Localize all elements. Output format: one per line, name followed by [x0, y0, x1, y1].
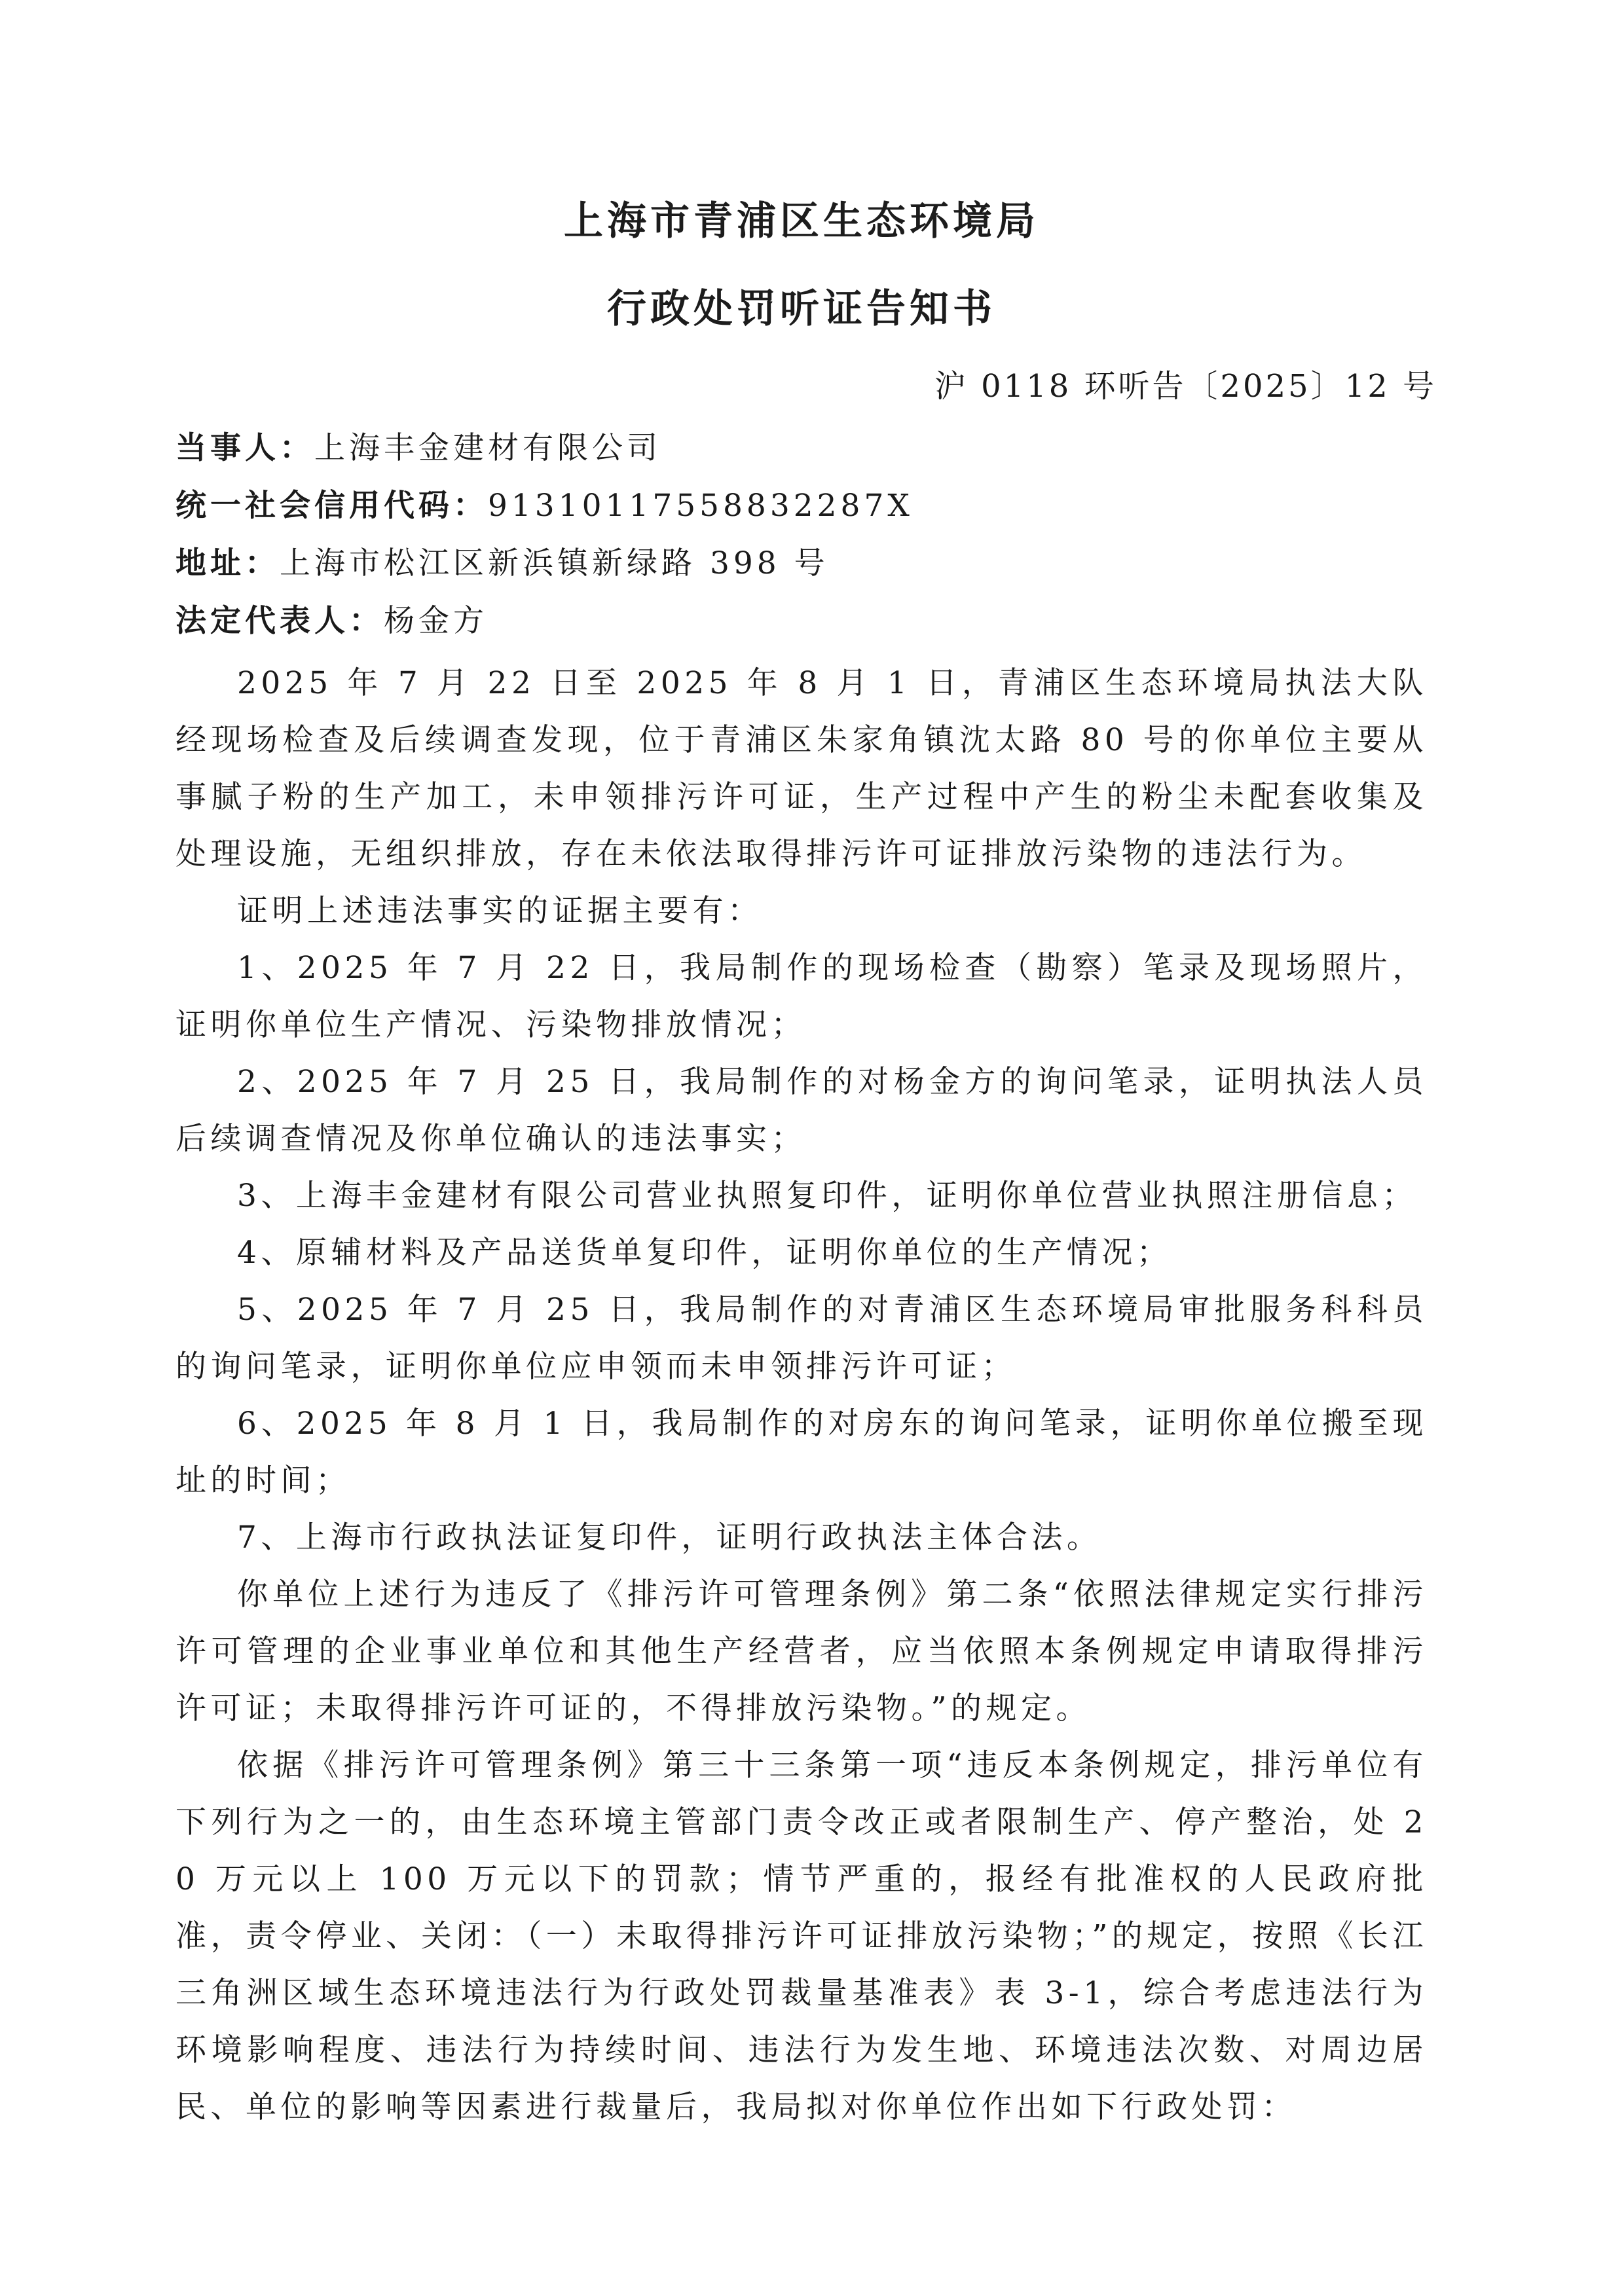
evidence-item: 3、上海丰金建材有限公司营业执照复印件，证明你单位营业执照注册信息； — [175, 1167, 1428, 1224]
credit-code-value: 91310117558832287X — [488, 488, 913, 524]
legal-representative-label: 法定代表人： — [175, 603, 384, 639]
document-type-title: 行政处罚听证告知书 — [175, 283, 1428, 335]
evidence-item: 2、2025 年 7 月 25 日，我局制作的对杨金方的询问笔录，证明执法人员后… — [175, 1053, 1428, 1167]
party-value: 上海丰金建材有限公司 — [314, 430, 661, 466]
agency-title: 上海市青浦区生态环境局 — [175, 195, 1428, 247]
evidence-item: 7、上海市行政执法证复印件，证明行政执法主体合法。 — [175, 1509, 1428, 1566]
violation-paragraph: 你单位上述行为违反了《排污许可管理条例》第二条“依照法律规定实行排污许可管理的企… — [175, 1566, 1428, 1737]
document-number: 沪 0118 环听告〔2025〕12 号 — [934, 363, 1437, 409]
legal-basis-paragraph: 依据《排污许可管理条例》第三十三条第一项“违反本条例规定，排污单位有下列行为之一… — [175, 1737, 1428, 2136]
facts-paragraph: 2025 年 7 月 22 日至 2025 年 8 月 1 日，青浦区生态环境局… — [175, 655, 1428, 883]
notice-body: 2025 年 7 月 22 日至 2025 年 8 月 1 日，青浦区生态环境局… — [175, 655, 1428, 2136]
address-label: 地址： — [175, 545, 280, 581]
credit-code-label: 统一社会信用代码： — [175, 488, 488, 524]
evidence-intro: 证明上述违法事实的证据主要有： — [175, 883, 1428, 939]
evidence-item: 5、2025 年 7 月 25 日，我局制作的对青浦区生态环境局审批服务科科员的… — [175, 1281, 1428, 1395]
party-label: 当事人： — [175, 430, 314, 466]
credit-code-field: 统一社会信用代码：91310117558832287X — [175, 483, 913, 529]
evidence-item: 4、原辅材料及产品送货单复印件，证明你单位的生产情况； — [175, 1224, 1428, 1281]
legal-representative-field: 法定代表人：杨金方 — [175, 598, 488, 644]
evidence-item: 6、2025 年 8 月 1 日，我局制作的对房东的询问笔录，证明你单位搬至现址… — [175, 1395, 1428, 1509]
party-field: 当事人：上海丰金建材有限公司 — [175, 426, 661, 471]
address-field: 地址：上海市松江区新浜镇新绿路 398 号 — [175, 541, 829, 587]
legal-representative-value: 杨金方 — [384, 603, 488, 639]
address-value: 上海市松江区新浜镇新绿路 398 号 — [280, 545, 829, 581]
evidence-item: 1、2025 年 7 月 22 日，我局制作的现场检查（勘察）笔录及现场照片，证… — [175, 939, 1428, 1053]
